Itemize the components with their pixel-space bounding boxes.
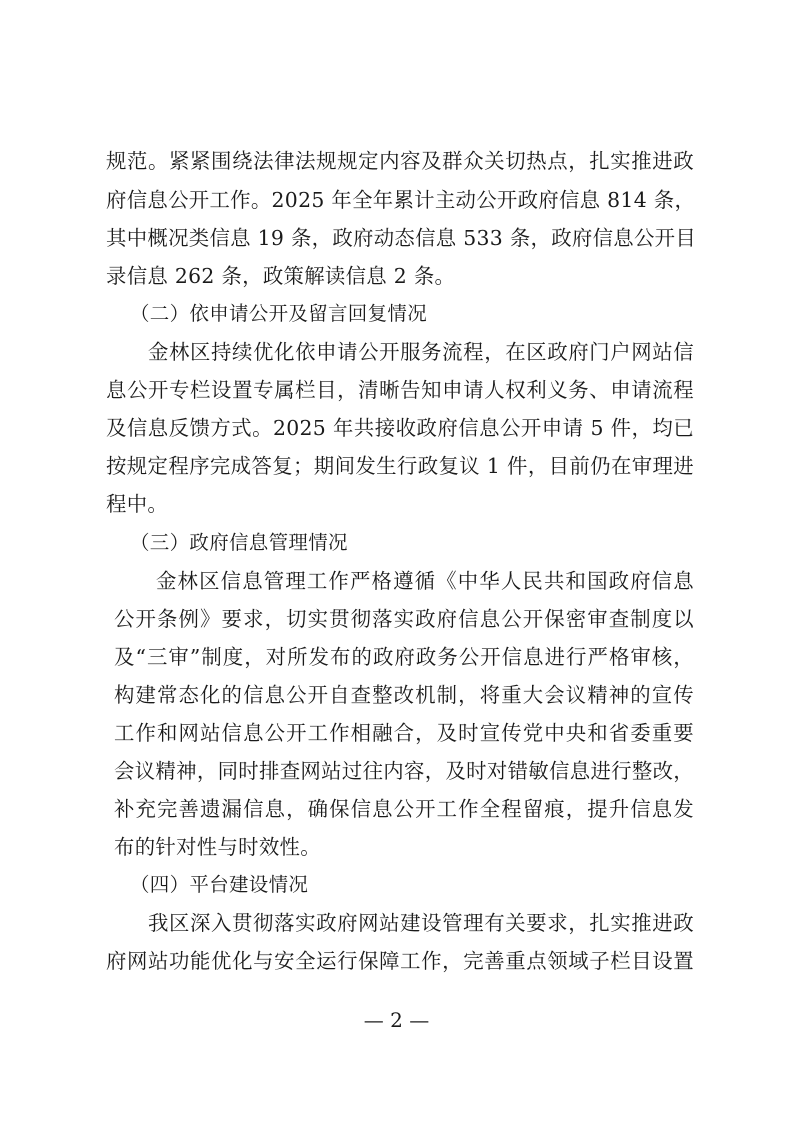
paragraph-line: 录信息 262 条，政策解读信息 2 条。 — [106, 257, 694, 295]
paragraph-line: 按规定程序完成答复；期间发生行政复议 1 件，目前仍在审理进 — [106, 447, 694, 485]
paragraph-line: 其中概况类信息 19 条，政府动态信息 533 条，政府信息公开目 — [106, 219, 694, 257]
paragraph-line: 及“三审”制度，对所发布的政府政务公开信息进行严格审核， — [114, 638, 694, 676]
paragraph-line: 府网站功能优化与安全运行保障工作，完善重点领域子栏目设置 — [106, 942, 694, 980]
paragraph-line: 规范。紧紧围绕法律法规规定内容及群众关切热点，扎实推进政 — [106, 142, 694, 180]
paragraph-line: 及信息反馈方式。2025 年共接收政府信息公开申请 5 件，均已 — [106, 409, 694, 447]
paragraph-line: 公开条例》要求，切实贯彻落实政府信息公开保密审查制度以 — [114, 600, 694, 638]
paragraph-line: 补充完善遗漏信息，确保信息公开工作全程留痕，提升信息发 — [114, 790, 694, 828]
section-heading-4: （四）平台建设情况 — [130, 866, 718, 904]
paragraph-line: 构建常态化的信息公开自查整改机制，将重大会议精神的宣传 — [114, 676, 694, 714]
section-heading-2: （二）依申请公开及留言回复情况 — [130, 295, 718, 333]
paragraph-line: 布的针对性与时效性。 — [114, 828, 694, 866]
paragraph-line: 金林区持续优化依申请公开服务流程，在区政府门户网站信 — [148, 333, 694, 371]
paragraph-line: 我区深入贯彻落实政府网站建设管理有关要求，扎实推进政 — [148, 904, 694, 942]
document-page: 规范。紧紧围绕法律法规规定内容及群众关切热点，扎实推进政 府信息公开工作。202… — [0, 0, 793, 1122]
paragraph-line: 会议精神，同时排查网站过往内容，及时对错敏信息进行整改， — [114, 752, 694, 790]
section-heading-3: （三）政府信息管理情况 — [130, 524, 718, 562]
page-number: — 2 — — [0, 1008, 793, 1032]
paragraph-line: 工作和网站信息公开工作相融合，及时宣传党中央和省委重要 — [114, 714, 694, 752]
paragraph-line: 程中。 — [106, 485, 694, 523]
paragraph-line: 府信息公开工作。2025 年全年累计主动公开政府信息 814 条， — [106, 181, 694, 219]
paragraph-line: 息公开专栏设置专属栏目，清晰告知申请人权利义务、申请流程 — [106, 371, 694, 409]
paragraph-line: 金林区信息管理工作严格遵循《中华人民共和国政府信息 — [156, 562, 694, 600]
